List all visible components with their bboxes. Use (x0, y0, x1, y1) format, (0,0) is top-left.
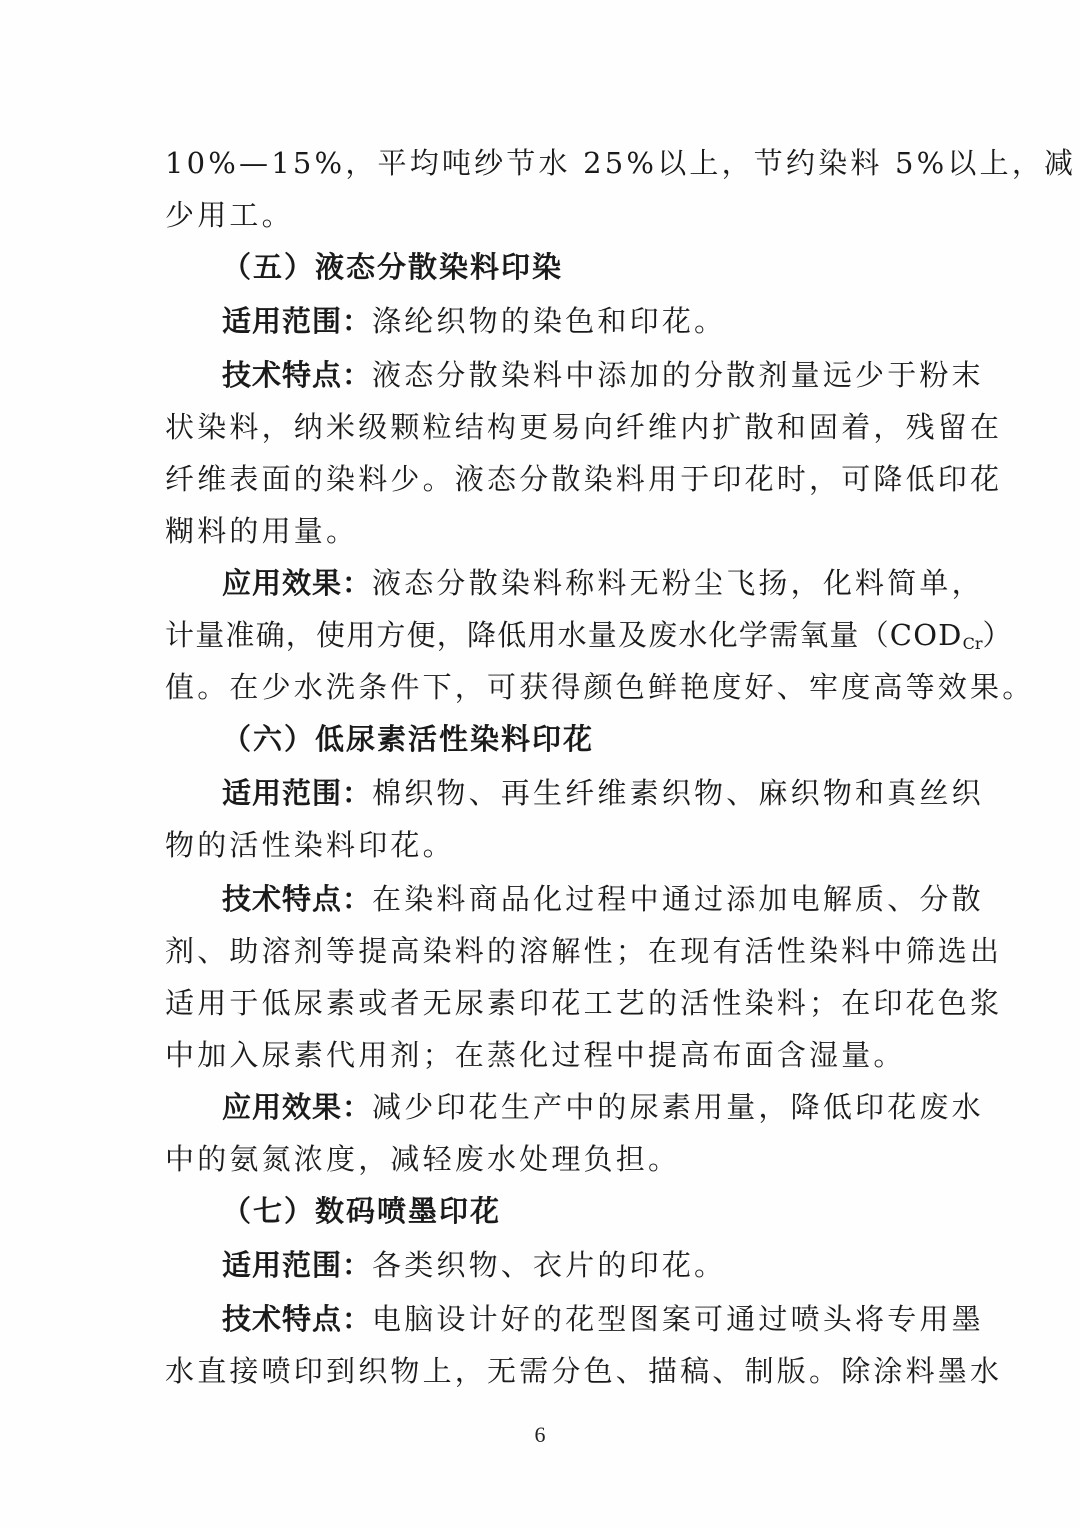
field-label: 适用范围： (222, 776, 372, 810)
field-label: 适用范围： (222, 1248, 372, 1282)
line-text: ） (983, 618, 1013, 652)
paragraph-line: 状染料，纳米级颗粒结构更易向纤维内扩散和固着，残留在 (165, 401, 915, 453)
paragraph-line: 剂、助溶剂等提高染料的溶解性；在现有活性染料中筛选出 (165, 925, 915, 977)
paragraph-line: 应用效果：液态分散染料称料无粉尘飞扬，化料简单， (222, 557, 915, 609)
field-text: 在染料商品化过程中通过添加电解质、分散 (372, 882, 984, 916)
paragraph-line: 适用于低尿素或者无尿素印花工艺的活性染料；在印花色浆 (165, 977, 915, 1029)
paragraph-line: 应用效果：减少印花生产中的尿素用量，降低印花废水 (222, 1081, 915, 1133)
paragraph-line: 适用范围：涤纶织物的染色和印花。 (222, 295, 915, 347)
paragraph-line: 技术特点：电脑设计好的花型图案可通过喷头将专用墨 (222, 1293, 915, 1345)
paragraph-line: 10%—15%，平均吨纱节水 25%以上，节约染料 5%以上，减 (165, 137, 915, 189)
field-label: 应用效果： (222, 566, 372, 600)
page-number: 6 (0, 1422, 1080, 1448)
field-label: 适用范围： (222, 304, 372, 338)
field-label: 技术特点： (222, 1302, 372, 1336)
paragraph-line: 适用范围：各类织物、衣片的印花。 (222, 1239, 915, 1291)
paragraph-line: 中的氨氮浓度，减轻废水处理负担。 (165, 1133, 915, 1185)
paragraph-line: 技术特点：液态分散染料中添加的分散剂量远少于粉末 (222, 349, 915, 401)
field-text: 涤纶织物的染色和印花。 (372, 304, 726, 338)
field-label: 技术特点： (222, 882, 372, 916)
line-text: 计量准确，使用方便，降低用水量及废水化学需氧量（COD (165, 618, 963, 652)
section-heading: （七）数码喷墨印花 (222, 1185, 972, 1237)
paragraph-line: 糊料的用量。 (165, 505, 915, 557)
section-heading: （六）低尿素活性染料印花 (222, 713, 972, 765)
paragraph-line: 水直接喷印到织物上，无需分色、描稿、制版。除涂料墨水 (165, 1345, 915, 1397)
section-heading: （五）液态分散染料印染 (222, 241, 972, 293)
paragraph-line: 技术特点：在染料商品化过程中通过添加电解质、分散 (222, 873, 915, 925)
paragraph-line: 物的活性染料印花。 (165, 819, 915, 871)
field-text: 液态分散染料中添加的分散剂量远少于粉末 (372, 358, 984, 392)
field-text: 液态分散染料称料无粉尘飞扬，化料简单， (372, 566, 984, 600)
document-page: 10%—15%，平均吨纱节水 25%以上，节约染料 5%以上，减少用工。（五）液… (0, 0, 1080, 1527)
paragraph-line: 纤维表面的染料少。液态分散染料用于印花时，可降低印花 (165, 453, 915, 505)
field-text: 各类织物、衣片的印花。 (372, 1248, 726, 1282)
field-text: 棉织物、再生纤维素织物、麻织物和真丝织 (372, 776, 984, 810)
paragraph-line: 中加入尿素代用剂；在蒸化过程中提高布面含湿量。 (165, 1029, 915, 1081)
field-text: 电脑设计好的花型图案可通过喷头将专用墨 (372, 1302, 984, 1336)
field-label: 技术特点： (222, 358, 372, 392)
field-text: 减少印花生产中的尿素用量，降低印花废水 (372, 1090, 984, 1124)
subscript-text: Cr (963, 634, 983, 653)
paragraph-line: 少用工。 (165, 189, 915, 241)
paragraph-line: 适用范围：棉织物、再生纤维素织物、麻织物和真丝织 (222, 767, 915, 819)
field-label: 应用效果： (222, 1090, 372, 1124)
paragraph-line: 计量准确，使用方便，降低用水量及废水化学需氧量（CODCr） (165, 609, 915, 661)
paragraph-line: 值。在少水洗条件下，可获得颜色鲜艳度好、牢度高等效果。 (165, 661, 915, 713)
